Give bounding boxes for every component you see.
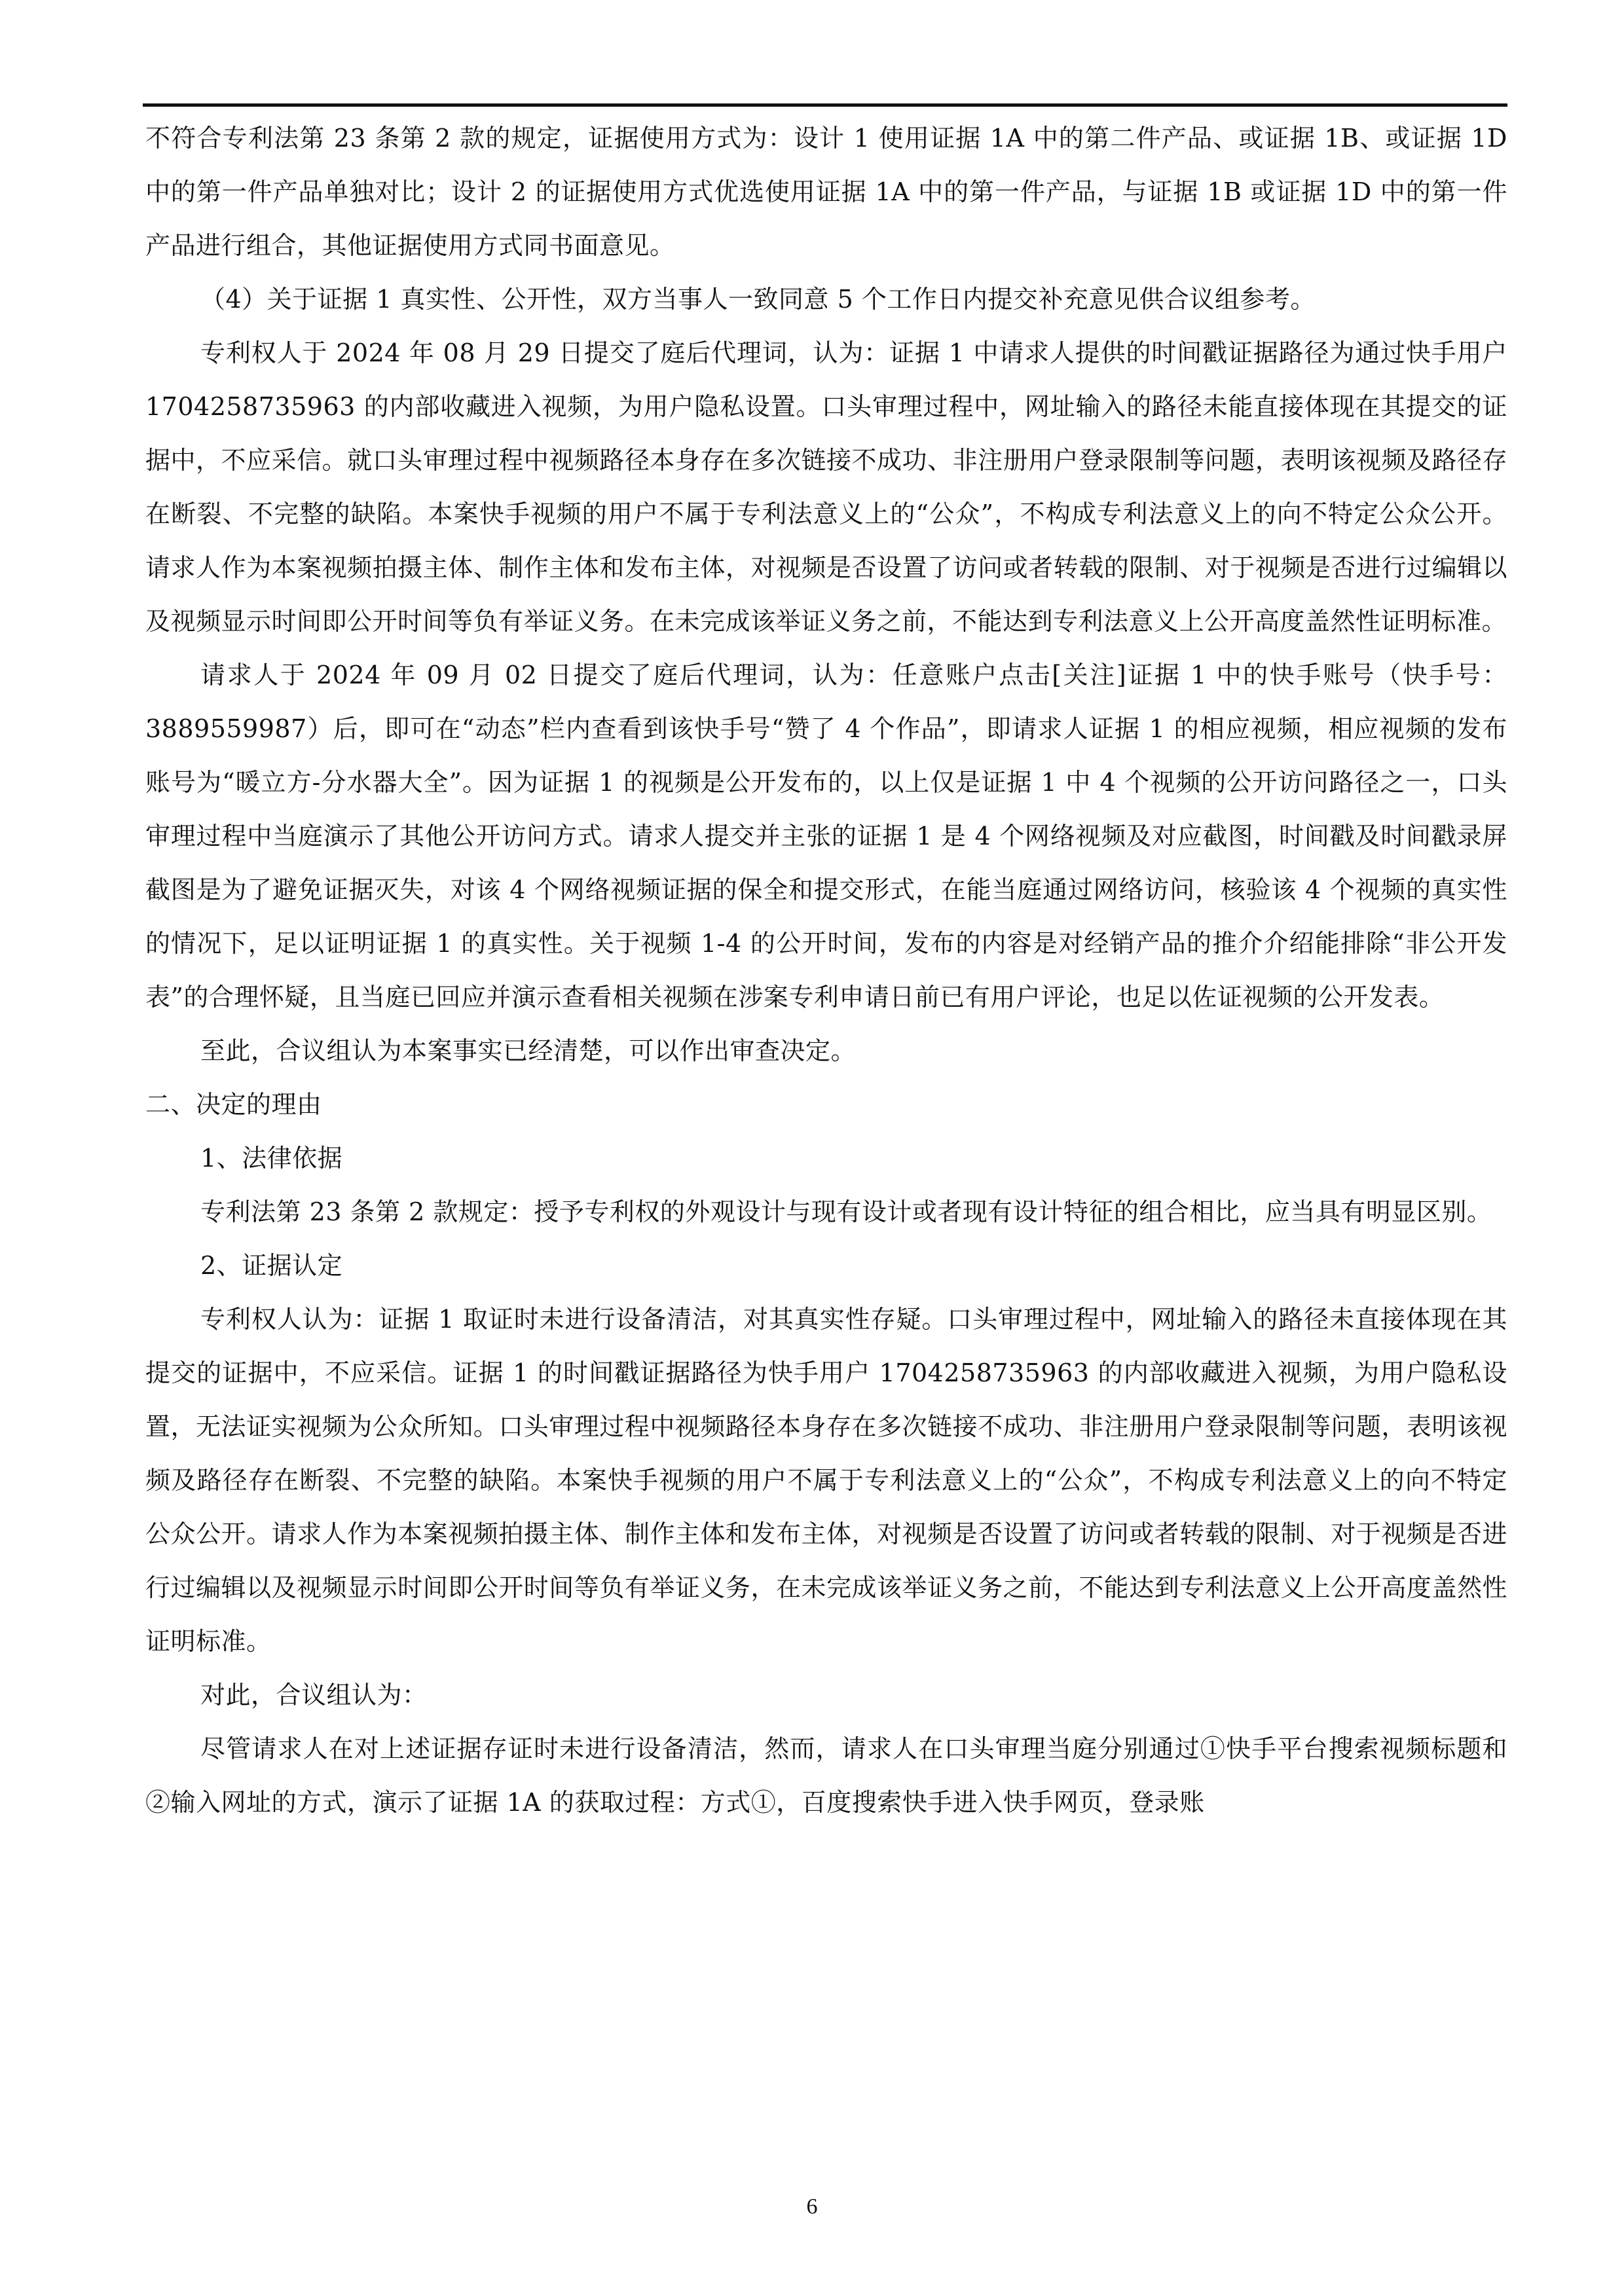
paragraph-patentee-view: 专利权人认为：证据 1 取证时未进行设备清洁，对其真实性存疑。口头审理过程中，网… bbox=[145, 1292, 1507, 1668]
header-rule bbox=[143, 103, 1507, 107]
paragraph-legal-basis: 专利法第 23 条第 2 款规定：授予专利权的外观设计与现有设计或者现有设计特征… bbox=[145, 1185, 1507, 1239]
subheading-legal-basis: 1、法律依据 bbox=[145, 1131, 1507, 1185]
subheading-evidence-finding: 2、证据认定 bbox=[145, 1239, 1507, 1292]
paragraph-requester-brief: 请求人于 2024 年 09 月 02 日提交了庭后代理词，认为：任意账户点击[… bbox=[145, 648, 1507, 1024]
document-body: 不符合专利法第 23 条第 2 款的规定，证据使用方式为：设计 1 使用证据 1… bbox=[145, 111, 1507, 1829]
paragraph-panel-opinion: 尽管请求人在对上述证据存证时未进行设备清洁，然而，请求人在口头审理当庭分别通过①… bbox=[145, 1722, 1507, 1829]
page-number: 6 bbox=[0, 2195, 1624, 2219]
paragraph-item-4: （4）关于证据 1 真实性、公开性，双方当事人一致同意 5 个工作日内提交补充意… bbox=[145, 272, 1507, 326]
paragraph-panel-opinion-intro: 对此，合议组认为： bbox=[145, 1668, 1507, 1722]
section-heading-reasons: 二、决定的理由 bbox=[145, 1078, 1507, 1131]
paragraph-patentee-brief: 专利权人于 2024 年 08 月 29 日提交了庭后代理词，认为：证据 1 中… bbox=[145, 326, 1507, 648]
paragraph-facts-clear: 至此，合议组认为本案事实已经清楚，可以作出审查决定。 bbox=[145, 1024, 1507, 1078]
paragraph-evidence-usage: 不符合专利法第 23 条第 2 款的规定，证据使用方式为：设计 1 使用证据 1… bbox=[145, 111, 1507, 272]
